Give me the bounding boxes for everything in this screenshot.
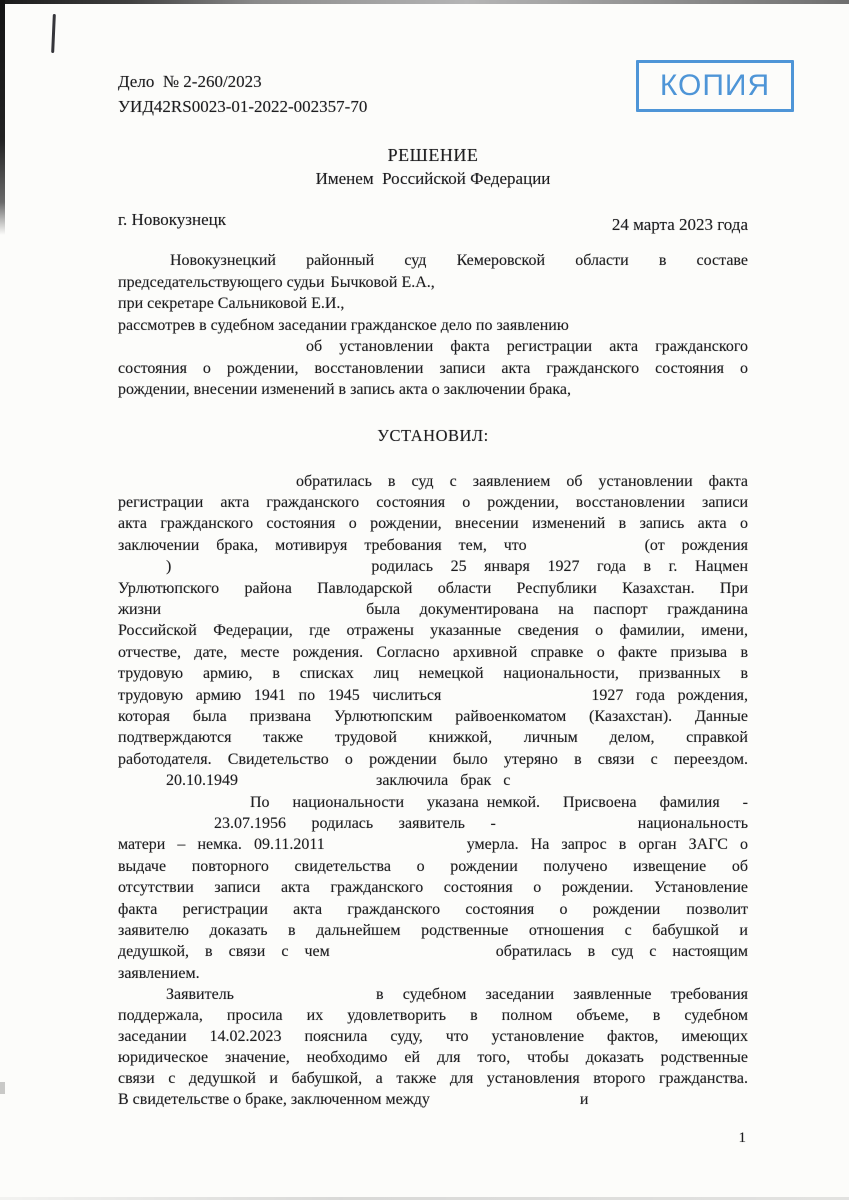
blank-gap bbox=[479, 806, 487, 807]
scan-smudge bbox=[0, 1082, 5, 1094]
blank-gap bbox=[660, 913, 686, 914]
text-line: 20.10.1949заключилабракс bbox=[118, 770, 748, 791]
text-line: при секретаре Сальниковой Е.И., bbox=[118, 293, 748, 315]
document-subtitle: Именем Российской Федерации bbox=[118, 167, 748, 190]
text-line: отчестве, дате, месте рождения. Согласно… bbox=[118, 642, 748, 663]
blank-gap bbox=[118, 485, 296, 486]
text-line: состояния о рождении, восстановлении зап… bbox=[118, 358, 748, 380]
text-line: работодателя. Свидетельство о рождении б… bbox=[118, 749, 748, 770]
place-date-row: г. Новокузнецк 24 марта 2023 года bbox=[118, 208, 748, 231]
text-line: Урлютюпского района Павлодарской области… bbox=[118, 578, 748, 599]
blank-gap bbox=[118, 784, 166, 785]
text-line: заключении брака, мотивируя требования т… bbox=[118, 535, 748, 556]
blank-gap bbox=[527, 549, 645, 550]
blank-gap bbox=[118, 806, 250, 807]
blank-gap bbox=[325, 848, 467, 849]
blank-gap bbox=[441, 699, 591, 700]
text-line: отсутствии записи акта гражданского сост… bbox=[118, 877, 748, 898]
document-content: Дело № 2-260/2023 УИД42RS0023-01-2022-00… bbox=[118, 0, 748, 1149]
text-line: заявлением. bbox=[118, 963, 748, 984]
text-line: дедушкой, в связи с чемобратилась в суд … bbox=[118, 941, 748, 962]
text-line: )родилась 25 января 1927 года в г. Нацме… bbox=[118, 556, 748, 577]
text-line: акта гражданского состояния о рождении, … bbox=[118, 513, 748, 534]
established-facts-paragraph: обратилась в суд с заявлением об установ… bbox=[118, 471, 748, 985]
blank-gap bbox=[161, 613, 366, 614]
blank-gap bbox=[118, 350, 306, 351]
case-uid: УИД42RS0023-01-2022-002357-70 bbox=[118, 95, 748, 118]
text-line: рождении, внесении изменений в запись ак… bbox=[118, 379, 748, 401]
text-line: Российской Федерации, где отражены указа… bbox=[118, 620, 748, 641]
text-line: 23.07.1956 родилась заявитель -националь… bbox=[118, 813, 748, 834]
text-line: поддержала, просила их удовлетворить в п… bbox=[118, 1005, 748, 1026]
scanned-court-decision-page: КОПИЯ Дело № 2-260/2023 УИД42RS0023-01-2… bbox=[0, 0, 849, 1200]
text-line: юридическое значение, необходимо ей для … bbox=[118, 1047, 748, 1068]
text-line: об установлении факта регистрации акта г… bbox=[118, 336, 748, 358]
blank-gap bbox=[171, 570, 371, 571]
text-line: трудовую армию 1941 по 1945 числиться192… bbox=[118, 685, 748, 706]
text-line: трудовую армию, в списках лиц немецкой н… bbox=[118, 663, 748, 684]
blank-gap bbox=[234, 998, 376, 999]
blank-gap bbox=[496, 827, 638, 828]
established-heading: УСТАНОВИЛ: bbox=[118, 425, 748, 447]
text-line: факта регистрации акта гражданского сост… bbox=[118, 899, 748, 920]
document-title: РЕШЕНИЕ bbox=[118, 144, 748, 167]
text-line: связи с дедушкой и бабушкой, а также для… bbox=[118, 1068, 748, 1089]
text-line: подтверждаются также трудовой книжкой, л… bbox=[118, 727, 748, 748]
blank-gap bbox=[238, 784, 376, 785]
blank-gap bbox=[118, 570, 166, 571]
scan-edge-left bbox=[0, 0, 5, 235]
text-line: регистрации акта гражданского состояния … bbox=[118, 492, 748, 513]
text-line: По национальности указананемкой. Присвое… bbox=[118, 792, 748, 813]
pen-mark bbox=[51, 14, 56, 53]
text-line: В свидетельстве о браке, заключенном меж… bbox=[118, 1089, 748, 1110]
blank-gap bbox=[430, 1103, 580, 1104]
text-line: председательствующего судьиБычковой Е.А.… bbox=[118, 272, 748, 294]
city-label: г. Новокузнецк bbox=[118, 208, 226, 231]
text-line: выдаче повторного свидетельства о рожден… bbox=[118, 856, 748, 877]
blank-gap bbox=[118, 998, 166, 999]
blank-gap bbox=[448, 784, 460, 785]
blank-gap bbox=[325, 286, 331, 287]
blank-gap bbox=[118, 264, 170, 265]
page-number: 1 bbox=[118, 1128, 748, 1149]
blank-gap bbox=[330, 955, 496, 956]
text-line: заседании 14.02.2023 пояснила суду, что … bbox=[118, 1026, 748, 1047]
court-composition-paragraph: Новокузнецкий районный суд Кемеровской о… bbox=[118, 250, 748, 401]
text-line: которая была призвана Урлютюпским райвое… bbox=[118, 706, 748, 727]
text-line: матери – немка. 09.11.2011умерла. На зап… bbox=[118, 834, 748, 855]
text-line: рассмотрев в судебном заседании гражданс… bbox=[118, 315, 748, 337]
text-line: Заявительв судебном заседании заявленные… bbox=[118, 984, 748, 1005]
blank-gap bbox=[118, 827, 214, 828]
text-line: обратилась в суд с заявлением об установ… bbox=[118, 471, 748, 492]
case-number: Дело № 2-260/2023 bbox=[118, 70, 748, 93]
applicant-statement-paragraph: Заявительв судебном заседании заявленные… bbox=[118, 984, 748, 1110]
text-line: заявителю доказать в дальнейшем родствен… bbox=[118, 920, 748, 941]
decision-date: 24 марта 2023 года bbox=[612, 213, 748, 236]
text-line: жизнибыла документирована на паспорт гра… bbox=[118, 599, 748, 620]
text-line: Новокузнецкий районный суд Кемеровской о… bbox=[118, 250, 748, 272]
blank-gap bbox=[491, 784, 503, 785]
